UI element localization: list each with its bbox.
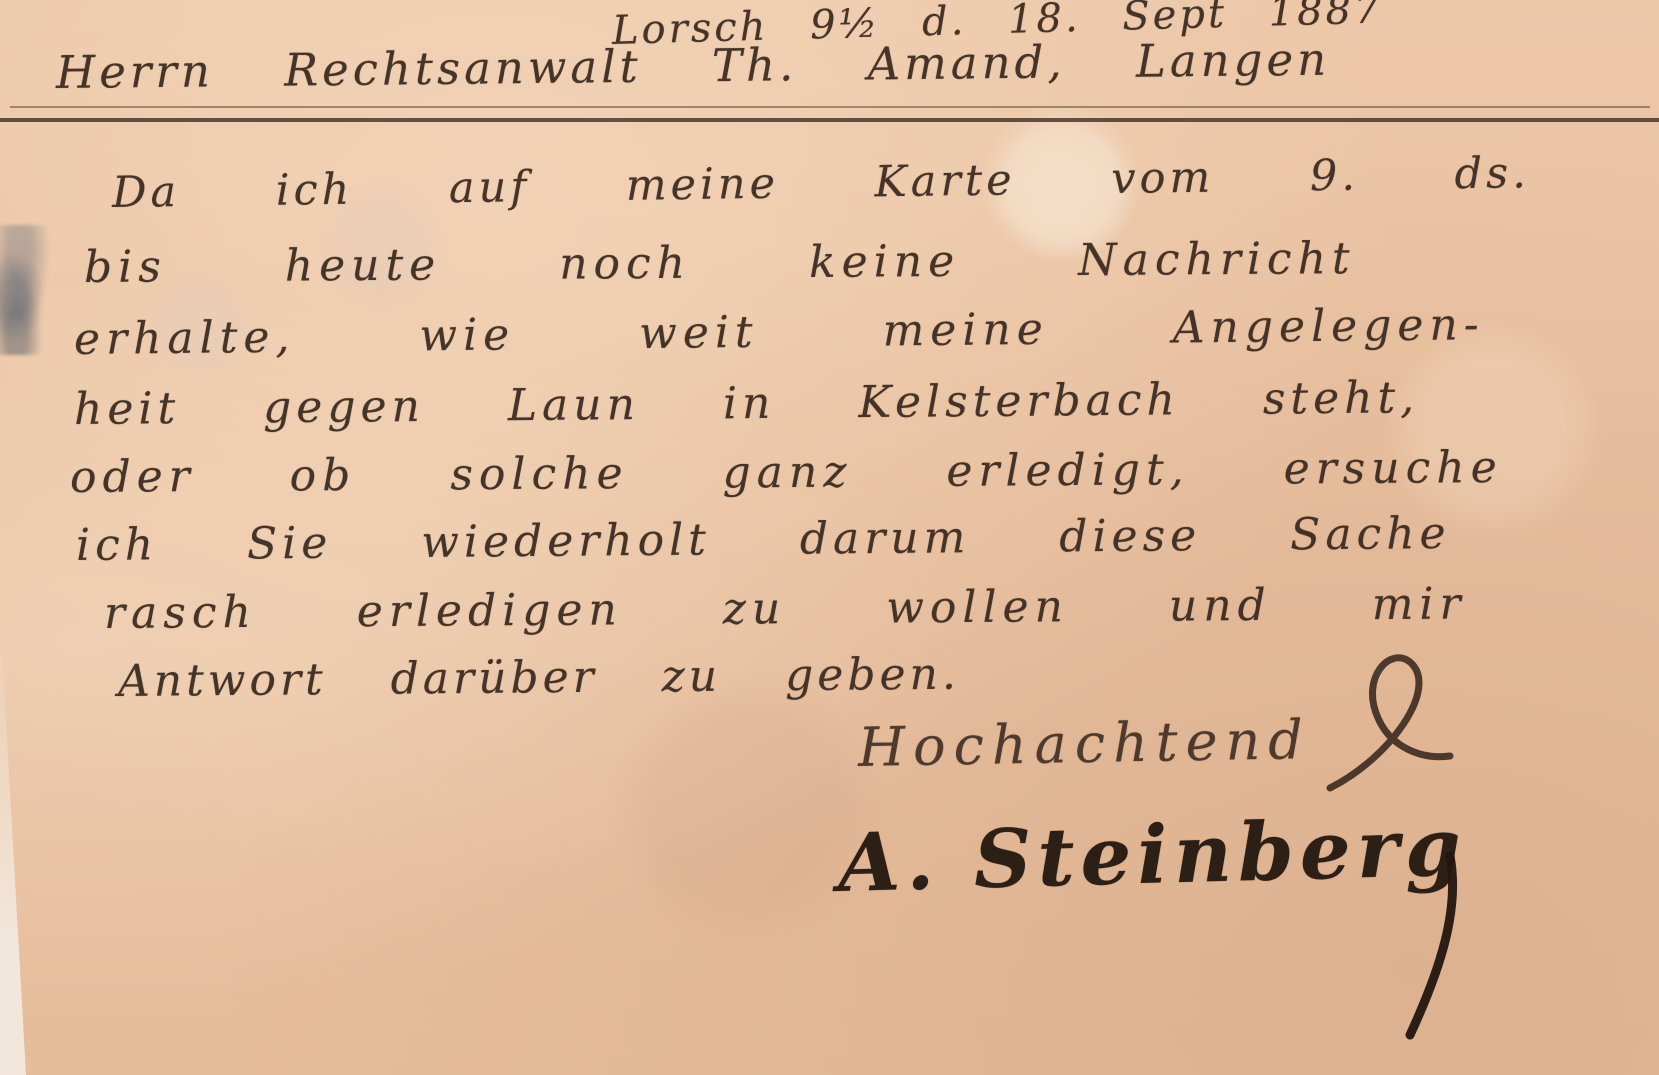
postcard-scan: Lorsch 9½ d. 18. Sept 1887 Herrn Rechtsa… bbox=[0, 0, 1659, 1075]
message-line: erhalte, wie weit meine Angelegen- bbox=[74, 299, 1485, 365]
closing-flourish bbox=[1300, 648, 1460, 798]
message-line: Da ich auf meine Karte vom 9. ds. bbox=[112, 148, 1531, 218]
message-line: heit gegen Laun in Kelsterbach steht, bbox=[74, 372, 1420, 435]
message-line: oder ob solche ganz erledigt, ersuche bbox=[70, 442, 1503, 503]
message-line: ich Sie wiederholt darum diese Sache bbox=[76, 508, 1451, 571]
recipient-line: Herrn Rechtsanwalt Th. Amand, Langen bbox=[56, 33, 1331, 99]
scan-edge-corner bbox=[0, 615, 26, 1075]
message-line: Antwort darüber zu geben. bbox=[118, 649, 960, 707]
postmark-remnant bbox=[0, 225, 62, 355]
header-rule-thick bbox=[0, 118, 1659, 122]
message-line: rasch erledigen zu wollen und mir bbox=[104, 578, 1467, 639]
header-rule-thin bbox=[10, 106, 1650, 108]
signature: A. Steinberg bbox=[837, 800, 1468, 910]
closing-salutation: Hochachtend bbox=[857, 708, 1311, 779]
message-line: bis heute noch keine Nachricht bbox=[84, 233, 1356, 293]
